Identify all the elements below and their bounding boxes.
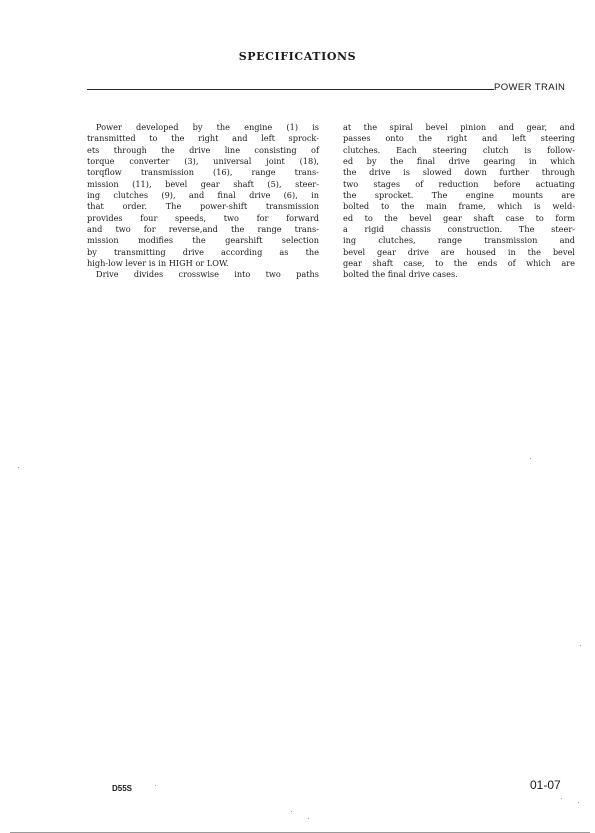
text-line: ets through the drive line consisting of (87, 145, 319, 156)
text-line: bevel gear drive are housed in the bevel (343, 247, 575, 258)
text-line: the sprocket. The engine mounts are (343, 190, 575, 201)
text-line: by transmitting drive according as the (87, 247, 319, 258)
text-line: ed to the bevel gear shaft case to form (343, 213, 575, 224)
text-line: ed by the final drive gearing in which (343, 156, 575, 167)
scan-speck (561, 798, 562, 799)
text-line: transmitted to the right and left sprock… (87, 133, 319, 144)
text-line: provides four speeds, two for forward (87, 213, 319, 224)
text-line: torque converter (3), universal joint (1… (87, 156, 319, 167)
scan-speck (155, 785, 156, 786)
page-title: SPECIFICATIONS (0, 50, 595, 63)
scan-speck (580, 645, 581, 646)
text-line: the drive is slowed down further through (343, 167, 575, 178)
scan-speck (578, 802, 579, 803)
text-line: torqflow transmission (16), range trans- (87, 167, 319, 178)
scan-speck (291, 811, 292, 812)
text-line: that order. The power-shift transmission (87, 201, 319, 212)
text-line: Drive divides crosswise into two paths (87, 269, 319, 280)
text-line: clutches. Each steering clutch is follow… (343, 145, 575, 156)
text-line: two stages of reduction before actuating (343, 179, 575, 190)
text-line: ing clutches, range transmission and (343, 235, 575, 246)
body-column-right: at the spiral bevel pinion and gear, and… (343, 122, 575, 281)
text-line: passes onto the right and left steering (343, 133, 575, 144)
text-line: bolted to the main frame, which is weld- (343, 201, 575, 212)
text-line: at the spiral bevel pinion and gear, and (343, 122, 575, 133)
text-line: high-low lever is in HIGH or LOW. (87, 258, 319, 269)
text-line: mission modifies the gearshift selection (87, 235, 319, 246)
section-label: POWER TRAIN (494, 82, 565, 93)
text-line: a rigid chassis construction. The steer- (343, 224, 575, 235)
text-line: mission (11), bevel gear shaft (5), stee… (87, 179, 319, 190)
footer-model-label: D55S (112, 784, 132, 793)
text-line: bolted the final drive cases. (343, 269, 575, 280)
text-line: Power developed by the engine (1) is (87, 122, 319, 133)
text-line: and two for reverse,and the range trans- (87, 224, 319, 235)
footer-page-number: 01-07 (530, 778, 561, 792)
text-line: gear shaft case, to the ends of which ar… (343, 258, 575, 269)
body-column-left: Power developed by the engine (1) is tra… (87, 122, 319, 281)
scan-speck (308, 818, 309, 819)
scan-speck (18, 467, 19, 468)
scan-speck (530, 458, 531, 459)
text-line: ing clutches (9), and final drive (6), i… (87, 190, 319, 201)
section-divider (87, 89, 494, 90)
